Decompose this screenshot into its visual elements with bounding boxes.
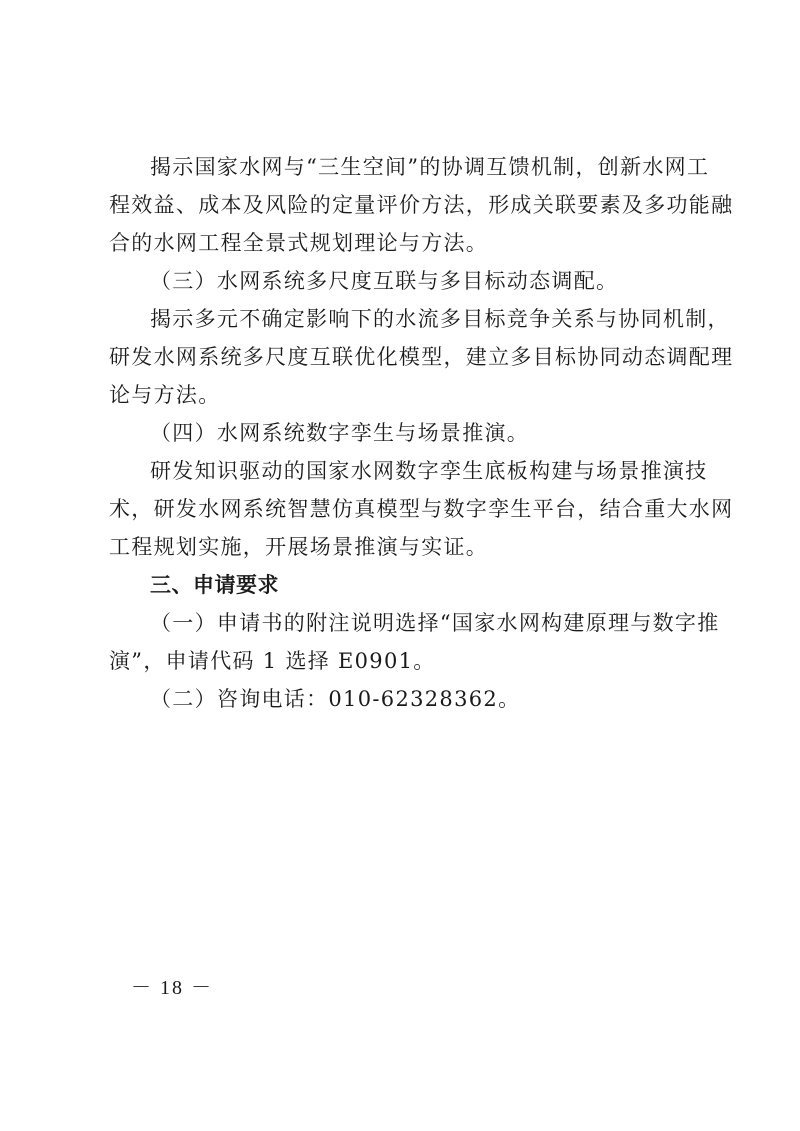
page-number: － 18 － — [131, 975, 213, 1001]
paragraph-line: 研发知识驱动的国家水网数字孪生底板构建与场景推演技 — [150, 456, 740, 486]
document-page: 揭示国家水网与“三生空间”的协调互馈机制，创新水网工 程效益、成本及风险的定量评… — [0, 0, 800, 1131]
paragraph-line: （一）申请书的附注说明选择“国家水网构建原理与数字推 — [150, 608, 740, 638]
paragraph-line: 合的水网工程全景式规划理论与方法。 — [109, 228, 699, 258]
subheading-3: （三）水网系统多尺度互联与多目标动态调配。 — [150, 266, 740, 296]
paragraph-line: 论与方法。 — [109, 380, 699, 410]
paragraph-line: 工程规划实施，开展场景推演与实证。 — [109, 532, 699, 562]
subheading-4: （四）水网系统数字孪生与场景推演。 — [150, 418, 740, 448]
paragraph-line: 揭示国家水网与“三生空间”的协调互馈机制，创新水网工 — [150, 152, 740, 182]
paragraph-line: 揭示多元不确定影响下的水流多目标竞争关系与协同机制， — [150, 304, 740, 334]
paragraph-line: 研发水网系统多尺度互联优化模型，建立多目标协同动态调配理 — [109, 342, 699, 372]
paragraph-line: （二）咨询电话：010-62328362。 — [150, 684, 740, 714]
section-heading: 三、申请要求 — [150, 570, 740, 600]
paragraph-line: 术，研发水网系统智慧仿真模型与数字孪生平台，结合重大水网 — [109, 494, 699, 524]
paragraph-line: 演”，申请代码 1 选择 E0901。 — [109, 646, 699, 676]
paragraph-line: 程效益、成本及风险的定量评价方法，形成关联要素及多功能融 — [109, 190, 699, 220]
